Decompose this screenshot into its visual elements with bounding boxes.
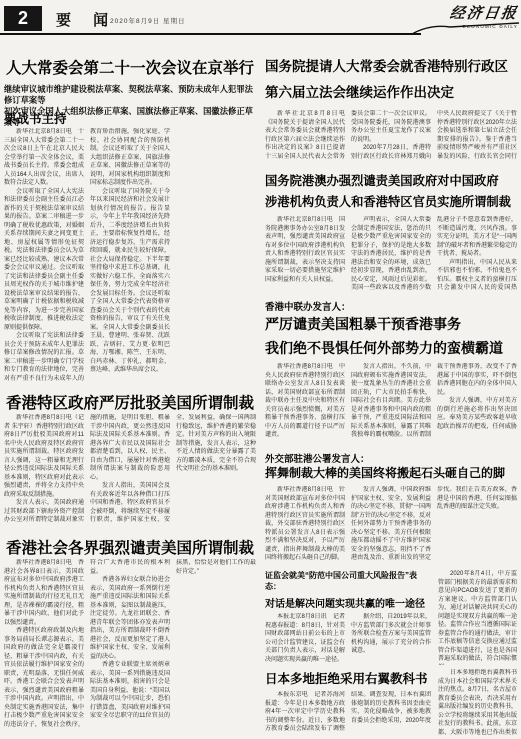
article-i: 日本多地拒绝采用右翼教科书 本报东京电 记者苏海河报道：今年是日本多数地方政府4… <box>265 669 517 735</box>
article-g-paragraph: 发言人强调，中国政府维护国家主权、安全、发展利益的决心坚定不移，贯彻“一国两制”… <box>351 486 517 566</box>
article-g-body: 新华社香港8月8日电 针对美国财政部宣布对多位中国政府涉港工作机构负责人和香港特… <box>265 486 517 566</box>
article-c-paragraph: 新华社香港8月8日电 香港社会各界8日表示，美国政府宣布对多位中国政府涉港工作机… <box>4 559 84 627</box>
article-a-byline: 栗战书主持 <box>4 109 67 127</box>
article-g-headline: 挥舞制裁大棒的美国终将搬起石头砸自己的脚 <box>265 464 505 481</box>
masthead-swoosh-line <box>410 14 521 36</box>
article-a-paragraph: 会议听取了全国人大宪法和法律委员会副主任委员江必新作的关于契税法草案审议结果的报… <box>4 188 84 333</box>
article-f-paragraph: 新华社香港8月8日电 中央人民政府驻香港特别行政区联络办公室发言人8日发表谈话，… <box>265 363 345 440</box>
article-f-body: 新华社香港8月8日电 中央人民政府驻香港特别行政区联络办公室发言人8日发表谈话，… <box>265 363 517 447</box>
article-h-side-column: 2020年8月4日，中方监管部门根据美方的最新需求和意见向PCAOB发送了更新的… <box>438 570 517 665</box>
article-h-paragraph: 本报北京8月8日讯 记者祝惠春报道：8月8日，针对美国财政部网站日前公布的上市公… <box>265 613 345 664</box>
article-b-paragraph: 新华社香港8月8日电（记者 朱宇轩）香港特别行政区政府8日严厉批驳美国政府对11… <box>4 414 84 499</box>
article-h-body: 本报北京8月8日讯 记者祝惠春报道：8月8日，针对美国财政部网站日前公布的上市公… <box>265 613 431 675</box>
article-b-headline: 香港特区政府严厉批驳美国所谓制裁 <box>4 391 256 413</box>
article-e-paragraph: 新华社北京8月8日电 国务院港澳事务办公室8月8日发表声明，强烈谴责美国政府宣布… <box>265 216 345 284</box>
article-i-side-column: 日本多地拒绝右翼教科书成为日本社会和国际学术界关注的焦点。8月7日，名古屋市教育… <box>438 669 517 735</box>
issue-date: 2020年8月9日 星期日 <box>110 16 186 25</box>
article-d-headline-line1: 国务院提请人大常委会就香港特别行政区 <box>265 54 517 80</box>
article-f-kicker: 香港中联办发言人： <box>265 299 351 313</box>
article-i-side-paragraph: 日本多地拒绝右翼教科书成为日本社会和国际学术界关注的焦点。8月7日，名古屋市教育… <box>438 669 517 735</box>
section-title: 要 闻 <box>56 9 117 30</box>
article-e-body: 新华社北京8月8日电 国务院港澳事务办公室8月8日发表声明，强烈谴责美国政府宣布… <box>265 216 517 295</box>
article-b-body: 新华社香港8月8日电（记者 朱宇轩）香港特别行政区政府8日严厉批驳美国政府对11… <box>4 414 256 530</box>
article-f-headline-line1: 严厉谴责美国粗暴干预香港事务 <box>265 312 517 336</box>
article-a-body: 新华社北京8月8日电 十三届全国人大常委会第二十一次会议8日上午在北京人民大会堂… <box>4 128 256 384</box>
article-h-side-paragraph: 2020年8月4日，中方监管部门根据美方的最新需求和意见向PCAOB发送了更新的… <box>438 570 517 665</box>
article-g-paragraph: 新华社香港8月8日电 针对美国财政部宣布对多位中国政府涉港工作机构负责人和香港特… <box>265 486 345 563</box>
article-d-headline-line2: 第六届立法会继续运作作出决定 <box>265 80 517 106</box>
article-h-headline: 对话是解决问题实现共赢的唯一途径 <box>265 595 431 610</box>
article-h-kicker: 证监会就美“防范中国公司重大风险报告”表态： <box>265 570 431 592</box>
article-a-subheadline-1: 继续审议城市维护建设税法草案、契税法草案、预防未成年人犯罪法修订草案等 <box>4 84 256 106</box>
newspaper-page: 2 要 闻 2020年8月9日 星期日 经济日报 ECONOMIC DAILY … <box>0 0 521 739</box>
page-number-badge: 2 <box>4 6 42 31</box>
article-c-headline: 香港社会各界强烈谴责美国所谓制裁 <box>4 536 256 558</box>
article-g-kicker: 外交部驻港公署发言人： <box>265 451 370 465</box>
article-c-paragraph: 香港各界妇女联合协进会表示，美国政府一系列倒行逆施严重违反国际法和国际关系基本准… <box>90 576 170 661</box>
article-i-headline: 日本多地拒绝采用右翼教科书 <box>265 669 431 687</box>
article-a-headline: 人大常委会第二十一次会议在京举行 <box>4 56 256 78</box>
article-d-body: 新华社北京8月8日电 《国务院关于提请全国人民代表大会常务委员会就香港特别行政区… <box>265 110 517 167</box>
article-e-headline-line2: 涉港机构负责人和香港特区官员实施所谓制裁 <box>265 192 517 213</box>
article-c-body: 新华社香港8月8日电 香港社会各界8日表示，美国政府宣布对多位中国政府涉港工作机… <box>4 559 256 735</box>
article-h: 证监会就美“防范中国公司重大风险报告”表态： 对话是解决问题实现共赢的唯一途径 … <box>265 570 517 665</box>
article-a-paragraph: 新华社北京8月8日电 十三届全国人大常委会第二十一次会议8日上午在北京人民大会堂… <box>4 128 84 188</box>
article-h-paragraph: 据介绍，自2019年以来，中方监管部门多次就会计师事务所联合检查方案与美国监管机… <box>351 613 431 656</box>
article-f-headline-line2: 我们绝不畏惧任何外部势力的蛮横霸道 <box>265 336 517 360</box>
article-e-headline-line1: 国务院港澳办强烈谴责美国政府对中国政府 <box>265 171 517 192</box>
article-a-paragraph: 会议听取了国务院关于今年以来国民经济和社会发展计划执行情况的报告。报告显示，今年… <box>90 188 170 375</box>
article-i-paragraph: 本报东京电 记者苏海河报道：今年是日本多数地方政府4年一次审定中学历史教科书的调… <box>265 691 431 735</box>
header-rule <box>0 33 421 35</box>
article-i-body: 本报东京电 记者苏海河报道：今年是日本多数地方政府4年一次审定中学历史教科书的调… <box>265 691 431 735</box>
